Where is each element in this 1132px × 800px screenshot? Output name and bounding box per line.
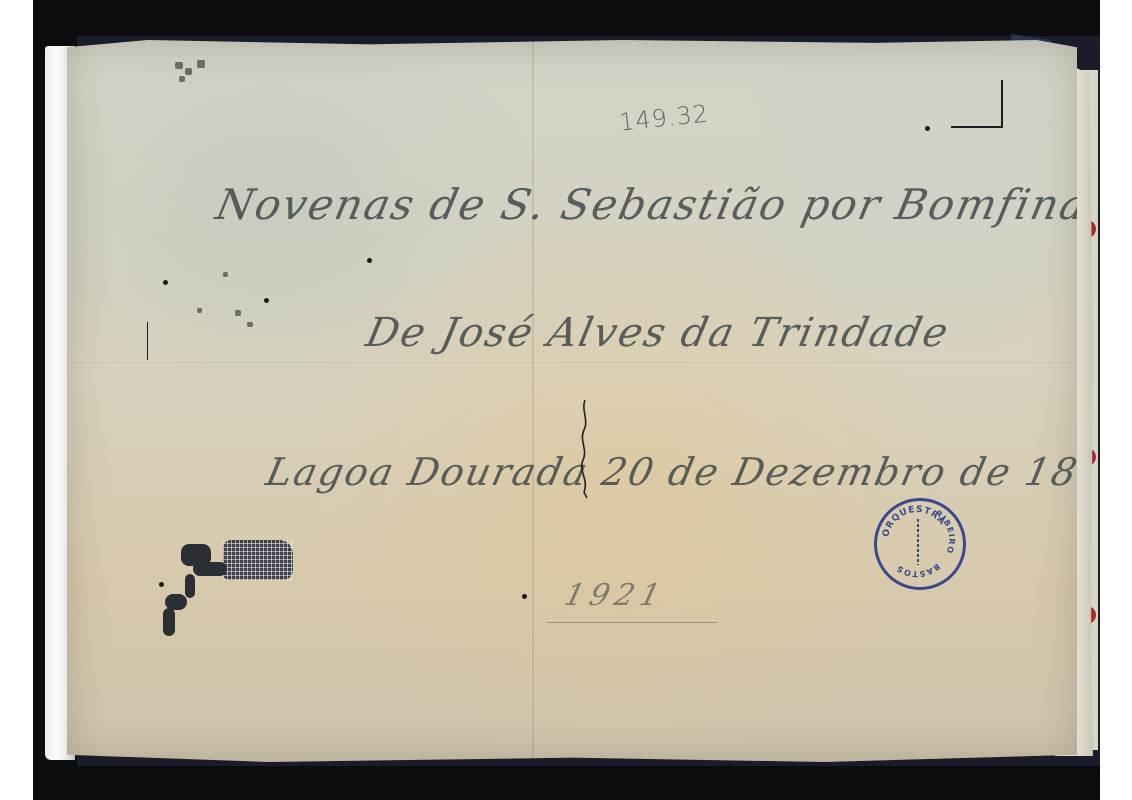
stain: [197, 308, 202, 313]
ink-squiggle: [579, 400, 591, 500]
catalog-number: 1921: [561, 578, 670, 613]
hole-fragment: [193, 562, 227, 576]
document-photo: 149.32 Novenas de S. Sebastião por Bomfi…: [33, 0, 1100, 800]
gauze-mesh: [223, 540, 293, 580]
damaged-hole: [163, 540, 293, 640]
stamp-text-right: RIBEIRO: [934, 509, 957, 555]
stain: [197, 60, 205, 68]
manuscript-cover: 149.32 Novenas de S. Sebastião por Bomfi…: [67, 40, 1077, 762]
ink-crack: [951, 80, 1003, 128]
stain: [247, 322, 253, 327]
stain: [223, 272, 228, 277]
catalog-underline: [547, 622, 717, 623]
stain: [179, 76, 185, 82]
orchestra-stamp: ORQUESTRA RIBEIRO BASTOS: [874, 498, 966, 590]
stain: [185, 68, 192, 75]
stamp-inner-inscription: [917, 519, 919, 565]
stain: [175, 62, 183, 69]
pinhole: [367, 258, 372, 263]
place-date-line: Lagoa Dourada 20 de Dezembro de 1872: [262, 450, 1100, 494]
title-line: Novenas de S. Sebastião por Bomfina: [212, 180, 1093, 229]
pinhole: [264, 298, 269, 303]
stamp-text-top: ORQUESTRA: [881, 505, 947, 538]
stain: [235, 310, 241, 316]
pinhole: [925, 126, 930, 131]
ink-crack: [135, 322, 148, 360]
paper-fold: [532, 40, 534, 762]
paper-fold: [67, 362, 1077, 363]
svg-text:RIBEIRO: RIBEIRO: [934, 509, 957, 555]
hole-fragment: [163, 608, 175, 636]
pinhole: [163, 280, 168, 285]
pinhole: [522, 594, 527, 599]
svg-text:ORQUESTRA: ORQUESTRA: [881, 505, 947, 538]
author-line: De José Alves da Trindade: [362, 310, 954, 356]
hole-fragment: [185, 574, 195, 598]
archive-number: 149.32: [618, 99, 710, 136]
